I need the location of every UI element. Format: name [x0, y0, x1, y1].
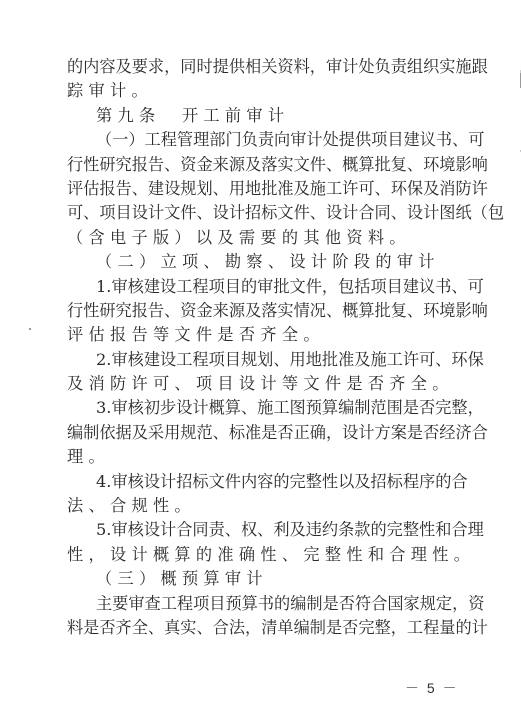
- document-page: 的内容及要求，同时提供相关资料，审计处负责组织实施跟踪审计。第九条 开工前审计（…: [0, 0, 521, 706]
- text-line: （含电子版）以及需要的其他资料。: [67, 226, 437, 250]
- document-body: 的内容及要求，同时提供相关资料，审计处负责组织实施跟踪审计。第九条 开工前审计（…: [67, 55, 437, 640]
- text-line: 踪审计。: [67, 79, 437, 103]
- text-line: 及消防许可、项目设计等文件是否齐全。: [67, 372, 437, 396]
- text-line: 理。: [67, 445, 437, 469]
- text-line: （一）工程管理部门负责向审计处提供项目建议书、可: [67, 128, 435, 152]
- text-line: 性，设计概算的准确性、完整性和合理性。: [67, 543, 437, 567]
- page-number: － 5 －: [405, 678, 459, 698]
- text-line: 1.审核建设工程项目的审批文件，包括项目建议书、可: [67, 275, 435, 299]
- text-line: 2.审核建设工程项目规划、用地批准及施工许可、环保: [67, 348, 435, 372]
- text-line: 评估报告等文件是否齐全。: [67, 323, 437, 347]
- text-line: 编制依据及采用规范、标准是否正确，设计方案是否经济合: [67, 421, 435, 445]
- text-line: 行性研究报告、资金来源及落实文件、概算批复、环境影响: [67, 153, 435, 177]
- text-line: （二）立项、勘察、设计阶段的审计: [67, 250, 437, 274]
- text-line: 可、项目设计文件、设计招标文件、设计合同、设计图纸（包: [67, 201, 435, 225]
- text-line: （三）概预算审计: [67, 567, 437, 591]
- text-line: 法、合规性。: [67, 494, 437, 518]
- text-line: 主要审查工程项目预算书的编制是否符合国家规定，资: [67, 592, 435, 616]
- text-line: 料是否齐全、真实、合法，清单编制是否完整，工程量的计: [67, 616, 435, 640]
- text-line: 第九条 开工前审计: [67, 104, 437, 128]
- text-line: 的内容及要求，同时提供相关资料，审计处负责组织实施跟: [67, 55, 435, 79]
- text-line: 3.审核初步设计概算、施工图预算编制范围是否完整，: [67, 396, 435, 420]
- text-line: 4.审核设计招标文件内容的完整性以及招标程序的合: [67, 470, 435, 494]
- text-line: 5.审核设计合同责、权、利及违约条款的完整性和合理: [67, 518, 435, 542]
- text-line: 行性研究报告、资金来源及落实情况、概算批复、环境影响: [67, 299, 435, 323]
- text-line: 评估报告、建设规划、用地批准及施工许可、环保及消防许: [67, 177, 435, 201]
- scan-speck: [29, 328, 31, 330]
